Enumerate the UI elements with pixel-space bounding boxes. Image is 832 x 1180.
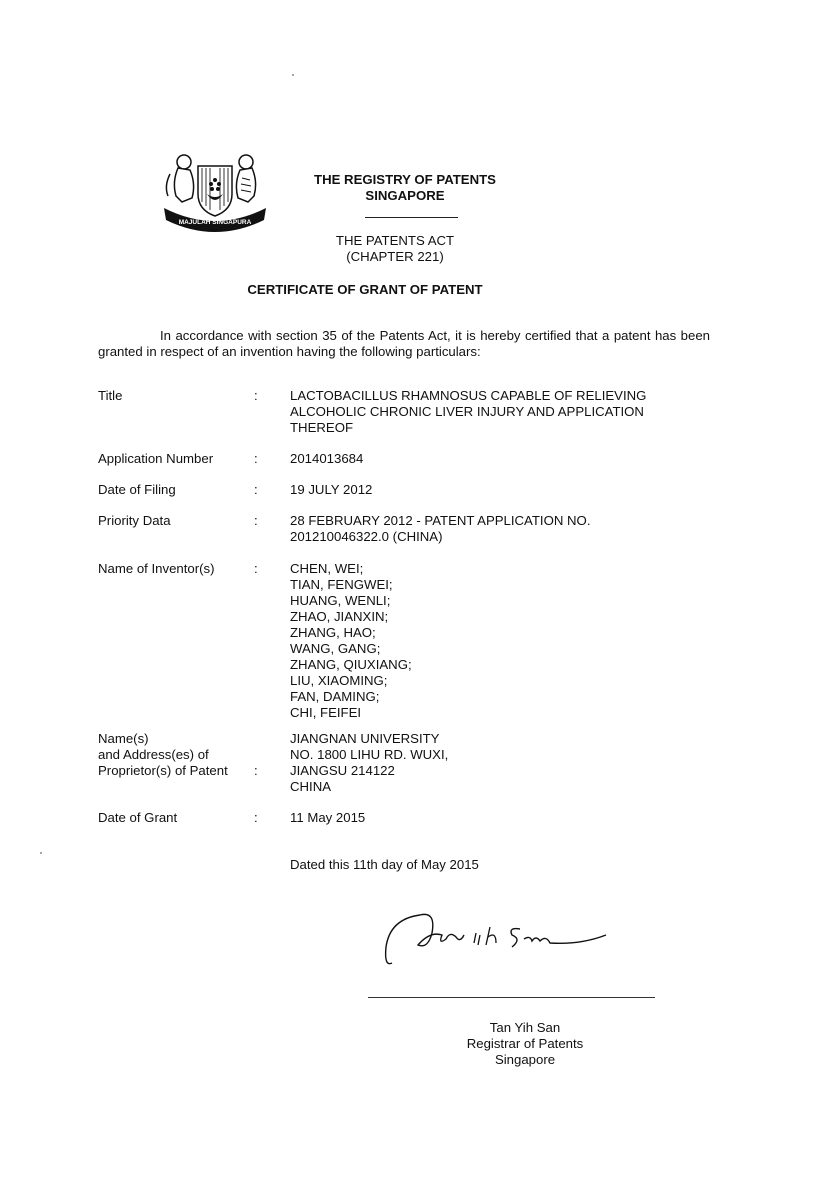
inventor-name: ZHAO, JIANXIN; <box>290 609 710 625</box>
inventor-name: ZHANG, HAO; <box>290 625 710 641</box>
application-number-colon: : <box>254 451 264 467</box>
priority-data-value: 28 FEBRUARY 2012 - PATENT APPLICATION NO… <box>290 513 710 545</box>
priority-data-colon: : <box>254 513 264 529</box>
certificate-title: CERTIFICATE OF GRANT OF PATENT <box>200 282 530 297</box>
inventor-name: CHEN, WEI; <box>290 561 710 577</box>
proprietor-line: NO. 1800 LIHU RD. WUXI, <box>290 747 710 763</box>
proprietor-line: CHINA <box>290 779 710 795</box>
dated-statement: Dated this 11th day of May 2015 <box>290 857 479 872</box>
inventor-name: ZHANG, QIUXIANG; <box>290 657 710 673</box>
date-of-grant-label: Date of Grant <box>98 810 268 826</box>
title-line: ALCOHOLIC CHRONIC LIVER INJURY AND APPLI… <box>290 404 710 420</box>
singapore-coat-of-arms-icon: MAJULAH SINGAPURA <box>160 152 270 232</box>
signatory-country: Singapore <box>440 1052 610 1068</box>
proprietor-line: JIANGNAN UNIVERSITY <box>290 731 710 747</box>
date-of-filing-label: Date of Filing <box>98 482 268 498</box>
inventors-colon: : <box>254 561 264 577</box>
intro-paragraph: In accordance with section 35 of the Pat… <box>98 328 710 360</box>
act-heading: THE PATENTS ACT (CHAPTER 221) <box>300 233 490 265</box>
title-value: LACTOBACILLUS RHAMNOSUS CAPABLE OF RELIE… <box>290 388 710 436</box>
act-name: THE PATENTS ACT <box>300 233 490 249</box>
proprietor-label-line: and Address(es) of <box>98 747 268 763</box>
date-of-filing-value: 19 JULY 2012 <box>290 482 710 498</box>
inventor-name: TIAN, FENGWEI; <box>290 577 710 593</box>
proprietor-label-line: Name(s) <box>98 731 268 747</box>
signatory-name: Tan Yih San <box>440 1020 610 1036</box>
proprietor-colon: : <box>254 763 264 779</box>
inventors-label: Name of Inventor(s) <box>98 561 268 577</box>
inventor-name: CHI, FEIFEI <box>290 705 710 721</box>
scan-speck <box>292 74 294 76</box>
date-of-grant-colon: : <box>254 810 264 826</box>
signature-line <box>368 997 655 998</box>
registry-name: THE REGISTRY OF PATENTS <box>300 172 510 188</box>
title-line: THEREOF <box>290 420 710 436</box>
priority-line: 28 FEBRUARY 2012 - PATENT APPLICATION NO… <box>290 513 710 529</box>
title-label: Title <box>98 388 268 404</box>
application-number-value: 2014013684 <box>290 451 710 467</box>
inventor-name: FAN, DAMING; <box>290 689 710 705</box>
signatory-title: Registrar of Patents <box>440 1036 610 1052</box>
inventor-name: HUANG, WENLI; <box>290 593 710 609</box>
intro-text: In accordance with section 35 of the Pat… <box>98 328 710 359</box>
act-chapter: (CHAPTER 221) <box>300 249 490 265</box>
proprietor-label-line: Proprietor(s) of Patent <box>98 763 268 779</box>
application-number-label: Application Number <box>98 451 268 467</box>
proprietor-value: JIANGNAN UNIVERSITY NO. 1800 LIHU RD. WU… <box>290 731 710 795</box>
title-line: LACTOBACILLUS RHAMNOSUS CAPABLE OF RELIE… <box>290 388 710 404</box>
proprietor-label: Name(s) and Address(es) of Proprietor(s)… <box>98 731 268 779</box>
proprietor-line: JIANGSU 214122 <box>290 763 710 779</box>
signatory-block: Tan Yih San Registrar of Patents Singapo… <box>440 1020 610 1068</box>
svg-text:MAJULAH SINGAPURA: MAJULAH SINGAPURA <box>179 219 252 226</box>
priority-data-label: Priority Data <box>98 513 268 529</box>
signature-icon <box>380 905 620 975</box>
registry-country: SINGAPORE <box>300 188 510 204</box>
header-divider <box>365 217 458 218</box>
inventor-name: WANG, GANG; <box>290 641 710 657</box>
inventor-name: LIU, XIAOMING; <box>290 673 710 689</box>
title-colon: : <box>254 388 264 404</box>
inventors-list: CHEN, WEI; TIAN, FENGWEI; HUANG, WENLI; … <box>290 561 710 721</box>
scan-speck <box>40 852 42 854</box>
registry-heading: THE REGISTRY OF PATENTS SINGAPORE <box>300 172 510 204</box>
date-of-filing-colon: : <box>254 482 264 498</box>
date-of-grant-value: 11 May 2015 <box>290 810 710 826</box>
priority-line: 201210046322.0 (CHINA) <box>290 529 710 545</box>
